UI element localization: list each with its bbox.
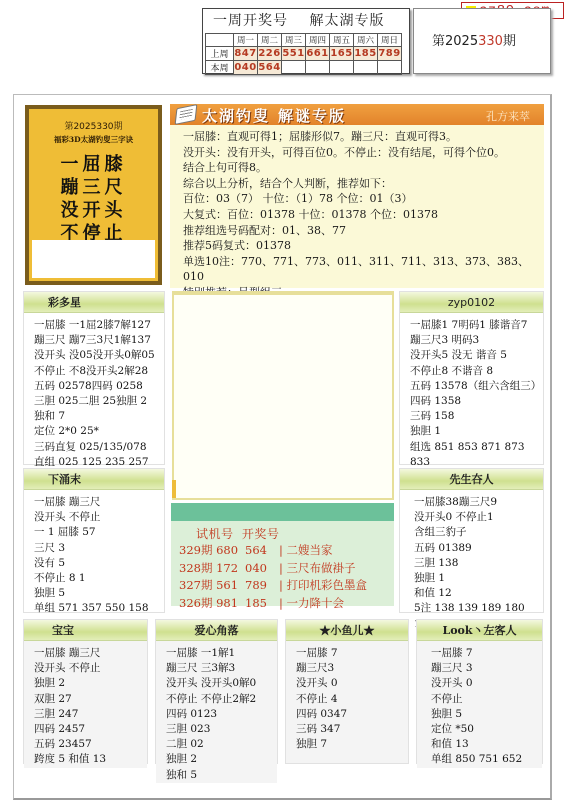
analysis-line: 百位：03（7） 十位：（1）78 个位：01（3） [183,191,544,207]
panel-line: 没开头 不停止 [34,661,147,676]
panel-caiduoxing: 彩多星 一屈膝 一1屈2膝7解127 蹦三尺 蹦7三3尺1解137 没开头 没0… [23,291,165,465]
day-header: 周三 [282,34,306,47]
draw-number: 789 [378,47,402,61]
poster-issue: 第2025330期 [29,119,158,132]
panel-line: 蹦三尺 蹦7三3尺1解137 [34,333,164,348]
analysis-line: 推荐5码复式：01378 [183,238,544,254]
row-label: 本周 [206,61,234,75]
panel-zyp0102: zyp0102 一屈膝1 7明码1 膝谐音7 蹦三尺3 明码3 没开头5 没无 … [399,291,544,465]
draw-number: 564 [258,61,282,75]
corner-cell [206,34,234,47]
trial-hint: | 打印机彩色墨盒 [279,578,367,592]
panel-line: 没开头0 不停止1 [414,510,543,525]
trial-numbers-panel: 试机号 开奖号 329期 680564| 二嫂当家 328期 172040| 三… [171,503,394,606]
trial-col-draw: 开奖号 [242,527,280,541]
panel-line: 三尺 3 [34,541,164,556]
panel-line: 没开头 0 [296,676,408,691]
panel-line: 五码 01389 [414,541,543,556]
panel-title: Look丶左客人 [417,620,542,641]
draw-number [330,61,354,75]
panel-line: 独胆 5 [34,586,164,601]
draw-number [282,61,306,75]
panel-line: 蹦三尺3 [296,661,408,676]
analysis-body: 一屈膝：直观可得1；屈膝形似7。蹦三尺：直观可得3。 没开头：没有开头，可得百位… [170,125,544,301]
trial-draw: 326期 981 [179,595,235,613]
issue-prefix: 第2025 [432,34,478,49]
panel-line: 不停止 [431,692,542,707]
panel-line: 一屈膝 一1屈2膝7解127 [34,318,164,333]
issue-suffix: 期 [503,34,516,49]
draw-number: 661 [306,47,330,61]
day-header: 周日 [378,34,402,47]
panel-line: 一屈膝 蹦三尺 [34,495,164,510]
analysis-panel: 太湖钓叟解谜专版 孔方来萃 一屈膝：直观可得1；屈膝形似7。蹦三尺：直观可得3。… [170,104,544,288]
panel-line: 没开头5 没无 谐音 5 [410,348,543,363]
day-header: 周一 [234,34,258,47]
riddle-line: 一屈膝 [29,153,158,176]
draw-number: 551 [282,47,306,61]
issue-panel: 第2025330期 [413,8,551,74]
trial-row: 329期 680564| 二嫂当家 [171,542,394,560]
draw-number: 847 [234,47,258,61]
panel-title: 彩多星 [24,292,164,313]
trial-draw: 328期 172 [179,560,235,578]
panel-xiaoyuer: ★小鱼儿★ 一屈膝 7 蹦三尺3 没开头 0 不停止 4 四码 0347 三码 … [285,619,409,764]
panel-line: 独胆 2 [166,752,277,767]
panel-aixin: 爱心角落 一屈膝 一1解1 蹦三尺 三3解3 没开头 没开头0解0 不停止 不停… [155,619,278,764]
panel-baobao: 宝宝 一屈膝 蹦三尺 没开头 不停止 独胆 2 双胆 27 三胆 247 四码 … [23,619,148,764]
draw-number: 165 [330,47,354,61]
panel-body: 一屈膝1 7明码1 膝谐音7 蹦三尺3 明码3 没开头5 没无 谐音 5 不停止… [400,313,543,485]
trial-win: 185 [245,595,279,613]
trial-row: 328期 172040| 三尺布做褂子 [171,560,394,578]
panel-line: 不停止 8 1 [34,571,164,586]
analysis-line: 结合上句可得8。 [183,160,544,176]
panel-line: 三胆 023 [166,722,277,737]
riddle-poster: 第2025330期 福彩3D太湖钓叟三字诀 一屈膝 蹦三尺 没开头 不停止 [25,105,162,285]
riddle-line: 没开头 [29,199,158,222]
panel-line: 含组三豹子 [414,525,543,540]
analysis-title: 太湖钓叟解谜专版 [202,105,346,126]
panel-line: 独胆 7 [296,737,408,752]
trial-col-test: 试机号 [196,527,234,541]
panel-line: 一屈膝 7 [431,646,542,661]
panel-line: 三胆 138 [414,556,543,571]
center-blank-panel [172,291,394,500]
analysis-header: 太湖钓叟解谜专版 孔方来萃 [170,104,544,125]
issue-number-red: 330 [478,34,503,49]
analysis-author: 孔方来萃 [486,108,530,124]
panel-line: 一屈膝1 7明码1 膝谐音7 [410,318,543,333]
analysis-line: 一屈膝：直观可得1；屈膝形似7。蹦三尺：直观可得3。 [183,129,544,145]
weekday-header-row: 周一 周二 周三 周四 周五 周六 周日 [206,34,402,47]
trial-column-headers: 试机号 开奖号 [171,525,394,542]
panel-body: 一屈膝 蹦三尺 没开头 不停止 独胆 2 双胆 27 三胆 247 四码 245… [24,641,147,768]
panel-line: 独和 7 [34,409,164,424]
panel-line: 和值 12 [414,586,543,601]
weekly-draw-table: 周一 周二 周三 周四 周五 周六 周日 上周 847 226 551 661 … [205,33,402,75]
panel-line: 独胆 2 [34,676,147,691]
panel-line: 二胆 02 [166,737,277,752]
panel-line: 没开头 0 [431,676,542,691]
trial-win: 040 [245,560,279,578]
panel-line: 三码 158 [410,409,543,424]
trial-row: 326期 981185| 一力降十会 [171,595,394,613]
panel-line: 独胆 5 [431,707,542,722]
panel-line: 四码 0123 [166,707,277,722]
trial-win: 789 [245,577,279,595]
panel-body: 一屈膝 7 蹦三尺 3 没开头 0 不停止 独胆 5 定位 *50 和值 13 … [417,641,542,768]
draw-number: 185 [354,47,378,61]
day-header: 周五 [330,34,354,47]
panel-line: 三胆 247 [34,707,147,722]
panel-title: 下涌末 [24,469,164,490]
weekly-draw-panel: 一周开奖号 解太湖专版 周一 周二 周三 周四 周五 周六 周日 上周 847 … [202,8,410,74]
analysis-line: 大复式：百位：01378 十位：01378 个位：01378 [183,207,544,223]
panel-line: 三码 347 [296,722,408,737]
trial-hint: | 一力降十会 [279,596,344,610]
panel-line: 单组 850 751 652 [431,752,542,767]
panel-line: 一 1 屈膝 57 [34,525,164,540]
panel-line: 没有 5 [34,556,164,571]
panel-line: 蹦三尺 三3解3 [166,661,277,676]
weekly-draw-title: 一周开奖号 解太湖专版 [203,9,409,33]
analysis-title-a: 太湖钓叟 [202,107,270,125]
analysis-line: 推荐组选号码配对：01、38、77 [183,223,544,239]
panel-line: 一屈膝 蹦三尺 [34,646,147,661]
panel-title: zyp0102 [400,292,543,313]
panel-line: 独胆 1 [414,571,543,586]
panel-line: 定位 *50 [431,722,542,737]
day-header: 周二 [258,34,282,47]
poster-subtitle: 福彩3D太湖钓叟三字诀 [29,134,158,145]
last-week-row: 上周 847 226 551 661 165 185 789 [206,47,402,61]
panel-line: 双胆 27 [34,692,147,707]
panel-line: 和值 13 [431,737,542,752]
draw-number [354,61,378,75]
panel-xiayongmo: 下涌末 一屈膝 蹦三尺 没开头 不停止 一 1 屈膝 57 三尺 3 没有 5 … [23,468,165,613]
trial-hint: | 三尺布做褂子 [279,561,356,575]
panel-line: 一屈膝 7 [296,646,408,661]
book-icon [175,104,198,125]
panel-title: 宝宝 [24,620,147,641]
panel-line: 没开头 没05没开头0解05 [34,348,164,363]
panel-body: 一屈膝 蹦三尺 没开头 不停止 一 1 屈膝 57 三尺 3 没有 5 不停止 … [24,490,164,632]
panel-body: 一屈膝 一1解1 蹦三尺 三3解3 没开头 没开头0解0 不停止 不停止2解2 … [156,641,277,783]
panel-body: 一屈膝 7 蹦三尺3 没开头 0 不停止 4 四码 0347 三码 347 独胆… [286,641,408,752]
panel-xianshengkeren: 先生夻人 一屈膝38蹦三尺9 没开头0 不停止1 含组三豹子 五码 01389 … [399,468,544,613]
panel-line: 五码 13578（组六含组三） [410,379,543,394]
panel-line: 独胆 1 [410,424,543,439]
poster-riddle-lines: 一屈膝 蹦三尺 没开头 不停止 [29,153,158,245]
trial-hint: | 二嫂当家 [279,543,333,557]
panel-line: 组选 851 853 871 873 833 [410,440,543,470]
trial-header-bar [171,503,394,521]
issue-number: 第2025330期 [432,30,516,49]
day-header: 周四 [306,34,330,47]
panel-line: 五码 02578四码 0258 [34,379,164,394]
panel-line: 不停止 不8没开头2解28 [34,364,164,379]
draw-number [306,61,330,75]
panel-line: 不停止8 不谐音 8 [410,364,543,379]
panel-line: 蹦三尺 3 [431,661,542,676]
riddle-line: 蹦三尺 [29,176,158,199]
center-panel-tab [172,480,176,498]
trial-row: 327期 561789| 打印机彩色墨盒 [171,577,394,595]
panel-line: 没开头 没开头0解0 [166,676,277,691]
panel-line: 独和 5 [166,768,277,783]
panel-line: 四码 1358 [410,394,543,409]
panel-line: 五码 23457 [34,737,147,752]
panel-line: 没开头 不停止 [34,510,164,525]
trial-draw: 327期 561 [179,577,235,595]
trial-win: 564 [245,542,279,560]
draw-number: 226 [258,47,282,61]
panel-title: 先生夻人 [400,469,543,490]
poster-blank-area [32,240,155,278]
panel-line: 不停止 4 [296,692,408,707]
this-week-row: 本周 040 564 [206,61,402,75]
analysis-title-b: 解谜专版 [278,107,346,125]
row-label: 上周 [206,47,234,61]
panel-zuokeren: Look丶左客人 一屈膝 7 蹦三尺 3 没开头 0 不停止 独胆 5 定位 *… [416,619,543,764]
panel-line: 一屈膝38蹦三尺9 [414,495,543,510]
analysis-line: 单选10注：770、771、773、011、311、711、313、373、38… [183,254,544,285]
panel-line: 三胆 025二胆 25独胆 2 [34,394,164,409]
panel-line: 四码 2457 [34,722,147,737]
panel-line: 四码 0347 [296,707,408,722]
analysis-line: 综合以上分析，结合个人判断，推荐如下： [183,176,544,192]
panel-title: 爱心角落 [156,620,277,641]
draw-number [378,61,402,75]
trial-draw: 329期 680 [179,542,235,560]
panel-line: 三码直复 025/135/078 [34,440,164,455]
analysis-line: 没开头：没有开头，可得百位0。不停止：没有结尾，可得个位0。 [183,145,544,161]
weekly-title-text: 一周开奖号 [213,13,288,29]
panel-body: 一屈膝38蹦三尺9 没开头0 不停止1 含组三豹子 五码 01389 三胆 13… [400,490,543,632]
weekly-subtitle-text: 解太湖专版 [309,13,384,29]
panel-line: 不停止 不停止2解2 [166,692,277,707]
panel-line: 蹦三尺3 明码3 [410,333,543,348]
day-header: 周六 [354,34,378,47]
panel-line: 一屈膝 一1解1 [166,646,277,661]
draw-number: 040 [234,61,258,75]
panel-title: ★小鱼儿★ [286,620,408,641]
panel-line: 跨度 5 和值 13 [34,752,147,767]
panel-line: 定位 2*0 25* [34,424,164,439]
